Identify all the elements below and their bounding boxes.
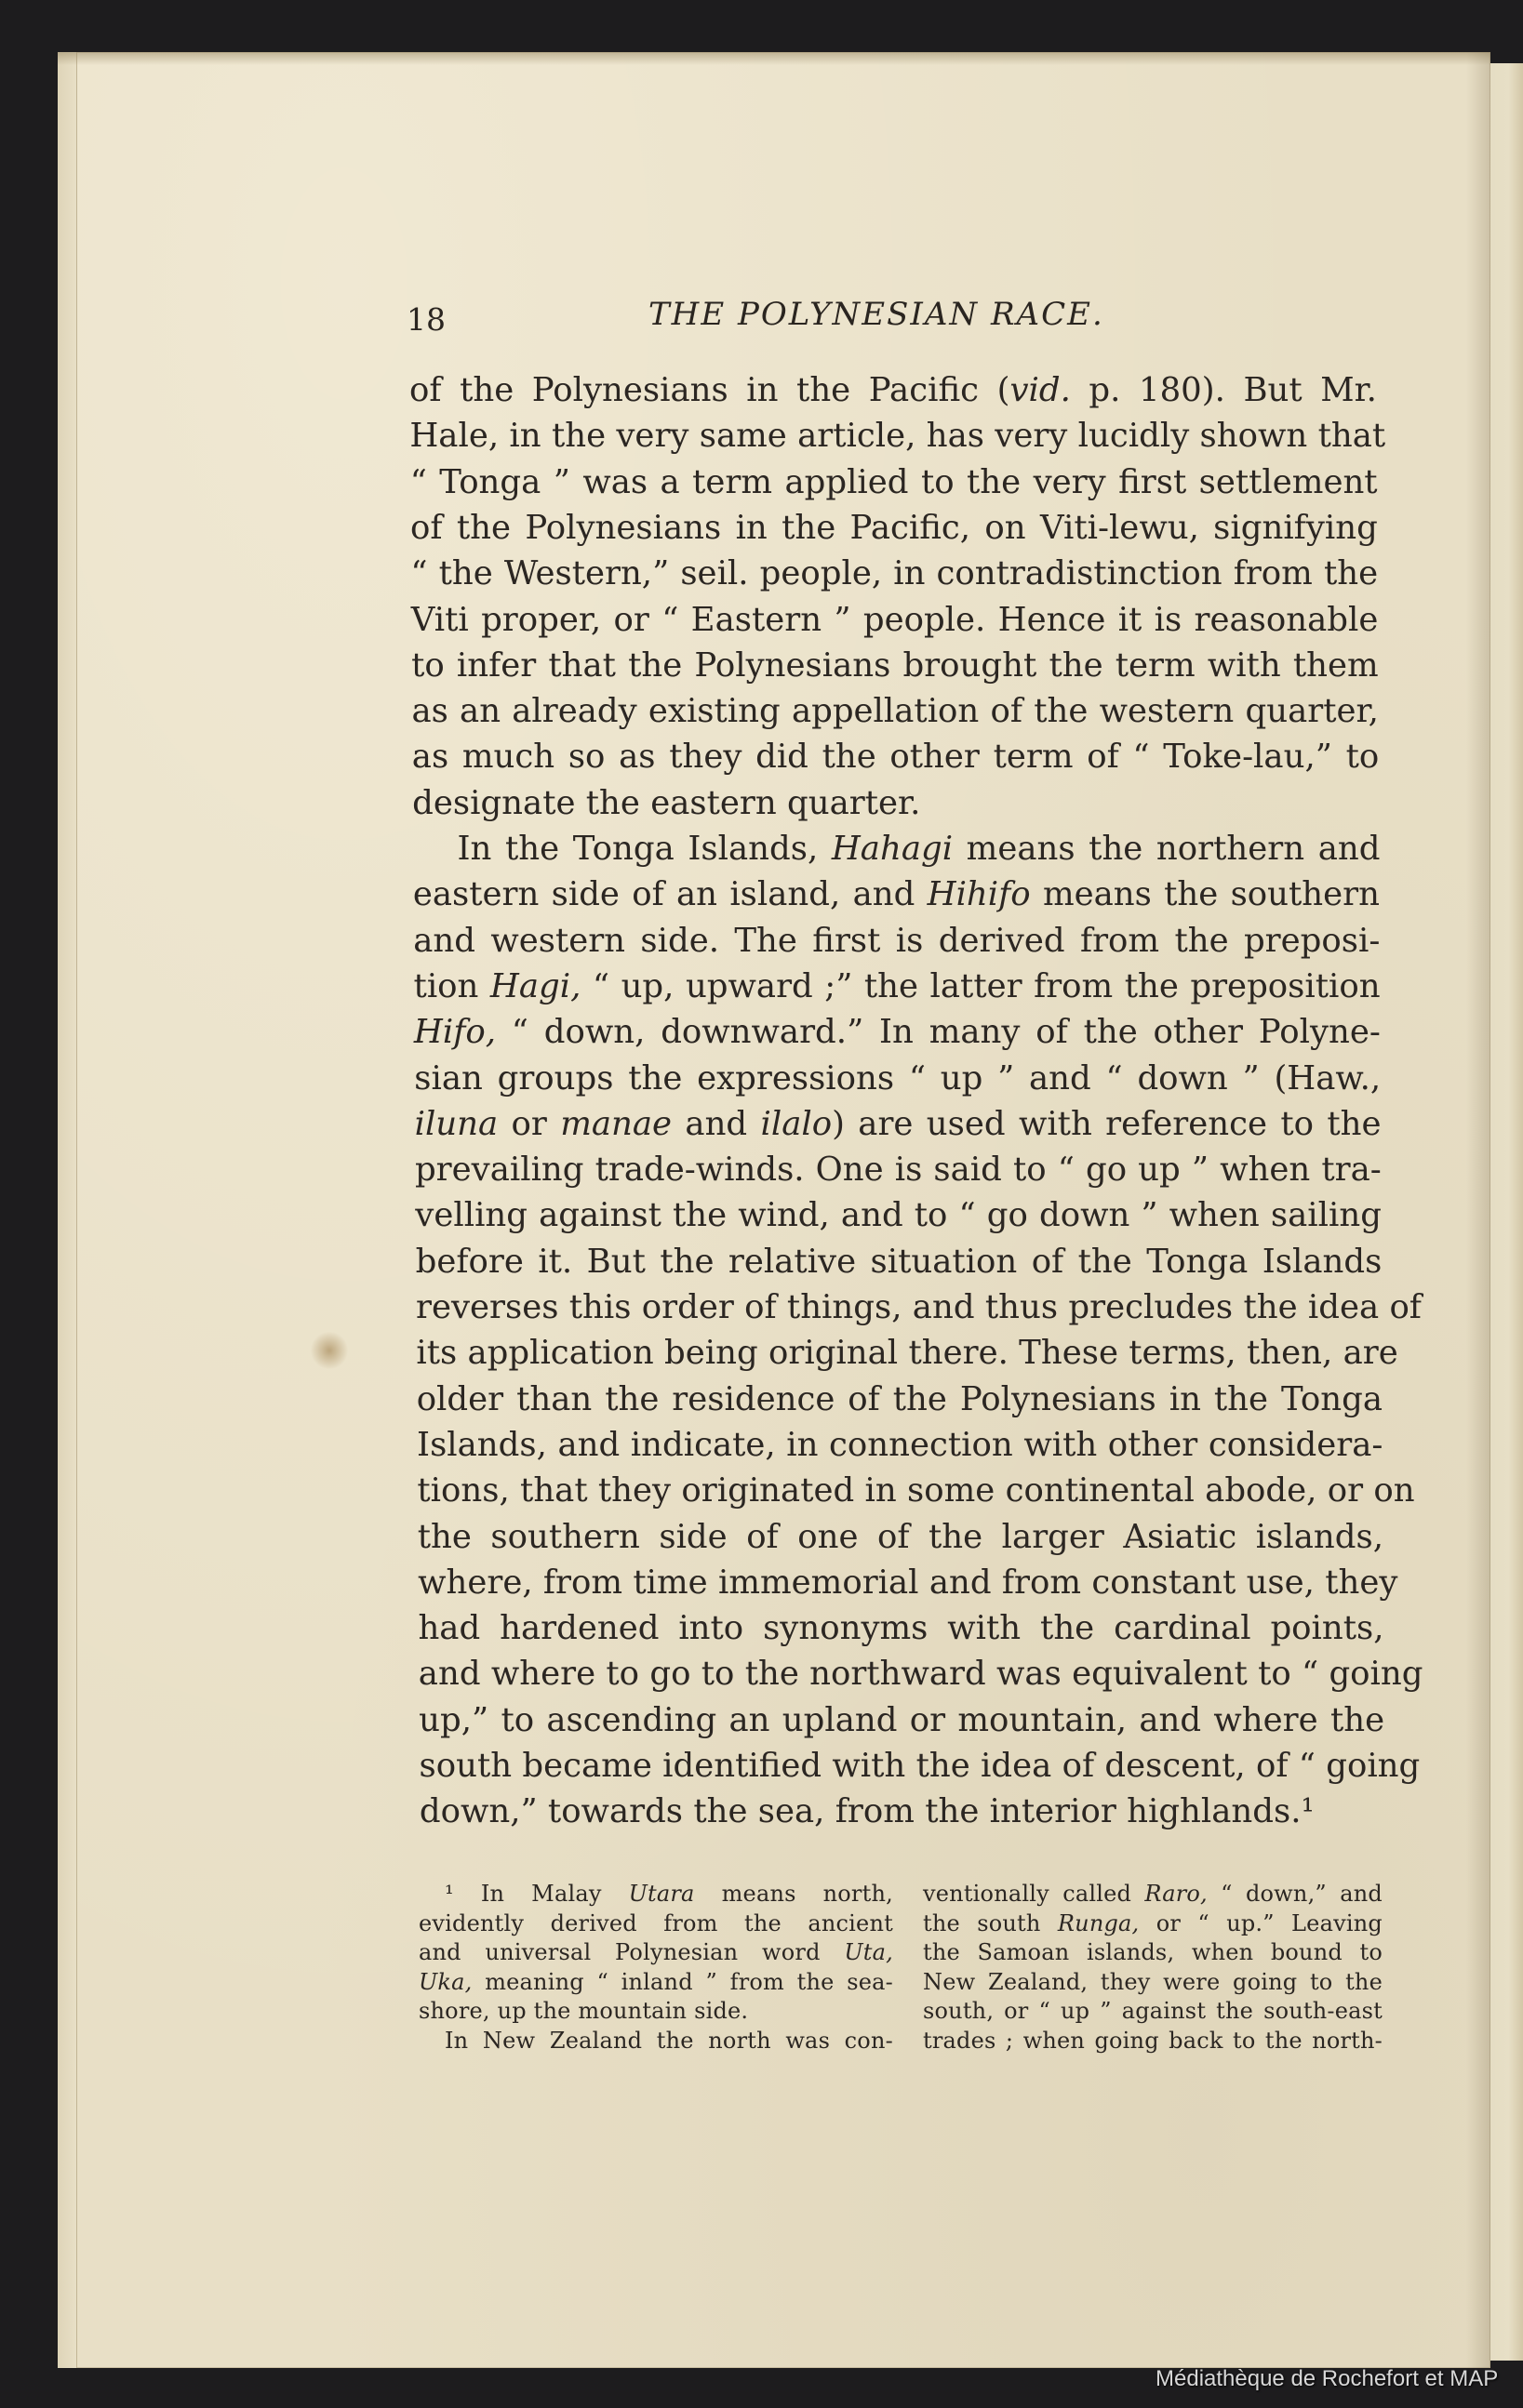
footnote-line: In New Zealand the north was con- bbox=[445, 2027, 893, 2055]
body-line: older than the residence of the Polynesi… bbox=[417, 1379, 1383, 1420]
body-line: the southern side of one of the larger A… bbox=[418, 1517, 1383, 1558]
top-edge-stain bbox=[58, 52, 1490, 65]
body-line: designate the eastern quarter. bbox=[412, 783, 1379, 824]
body-line: its application being original there. Th… bbox=[416, 1333, 1383, 1374]
body-line: Hifo, “ down, downward.” In many of the … bbox=[414, 1012, 1381, 1053]
running-head: 18 THE POLYNESIAN RACE. bbox=[0, 296, 1523, 342]
body-line: “ the Western,” seil. people, in contrad… bbox=[410, 553, 1378, 594]
body-line: iluna or manae and ilalo) are used with … bbox=[415, 1104, 1382, 1145]
footnote-line: trades ; when going back to the north- bbox=[923, 2027, 1383, 2055]
body-line: reverses this order of things, and thus … bbox=[416, 1287, 1383, 1328]
body-line: before it. But the relative situation of… bbox=[416, 1242, 1383, 1283]
body-line: down,” towards the sea, from the interio… bbox=[420, 1791, 1385, 1832]
footnote-line: Uka, meaning “ inland ” from the sea- bbox=[419, 1968, 893, 1996]
body-line: up,” to ascending an upland or mountain,… bbox=[419, 1700, 1384, 1741]
body-line: as much so as they did the other term of… bbox=[412, 737, 1379, 778]
footnote-line: evidently derived from the ancient bbox=[419, 1909, 893, 1937]
body-line: velling against the wind, and to “ go do… bbox=[415, 1195, 1382, 1236]
running-title: THE POLYNESIAN RACE. bbox=[648, 296, 1104, 333]
footnote-line: the Samoan islands, when bound to bbox=[923, 1938, 1383, 1966]
footnote-line: the south Runga, or “ up.” Leaving bbox=[923, 1909, 1383, 1937]
body-line: tions, that they originated in some cont… bbox=[417, 1470, 1383, 1511]
paper-stain bbox=[311, 1331, 348, 1370]
footnote-line: New Zealand, they were going to the bbox=[923, 1968, 1383, 1996]
body-line: and western side. The first is derived f… bbox=[413, 921, 1380, 962]
footnote-line: ¹ In Malay Utara means north, bbox=[445, 1880, 893, 1908]
body-line: tion Hagi, “ up, upward ;” the latter fr… bbox=[414, 966, 1381, 1007]
body-line: of the Polynesians in the Pacific (vid. … bbox=[409, 370, 1377, 411]
body-line: In the Tonga Islands, Hahagi means the n… bbox=[458, 829, 1381, 870]
footnote-line: shore, up the mountain side. bbox=[419, 1997, 893, 2025]
body-line: sian groups the expressions “ up ” and “… bbox=[414, 1058, 1381, 1099]
body-line: south became identified with the idea of… bbox=[420, 1746, 1385, 1787]
body-line: to infer that the Polynesians brought th… bbox=[411, 645, 1379, 686]
footnote-line: ventionally called Raro, “ down,” and bbox=[923, 1880, 1383, 1908]
footnote-line: and universal Polynesian word Uta, bbox=[419, 1938, 893, 1966]
body-line: Viti proper, or “ Eastern ” people. Henc… bbox=[411, 600, 1379, 641]
watermark: Médiathèque de Rochefort et MAP bbox=[1156, 2366, 1498, 2392]
body-line: prevailing trade-winds. One is said to “… bbox=[415, 1150, 1382, 1191]
body-line: of the Polynesians in the Pacific, on Vi… bbox=[410, 508, 1378, 549]
body-line: and where to go to the northward was equ… bbox=[419, 1654, 1384, 1695]
page-fold-edge bbox=[58, 52, 77, 2368]
body-line: where, from time immemorial and from con… bbox=[418, 1563, 1383, 1603]
body-line: Hale, in the very same article, has very… bbox=[409, 416, 1377, 457]
body-line: eastern side of an island, and Hihifo me… bbox=[413, 874, 1380, 915]
footnote-line: south, or “ up ” against the south-east bbox=[923, 1997, 1383, 2025]
page-number: 18 bbox=[407, 301, 446, 338]
body-line: Islands, and indicate, in connection wit… bbox=[417, 1425, 1383, 1466]
spine-shadow bbox=[1466, 52, 1490, 2368]
body-line: “ Tonga ” was a term applied to the very… bbox=[410, 462, 1378, 503]
body-line: had hardened into synonyms with the card… bbox=[418, 1608, 1383, 1649]
body-line: as an already existing appellation of th… bbox=[411, 691, 1379, 732]
